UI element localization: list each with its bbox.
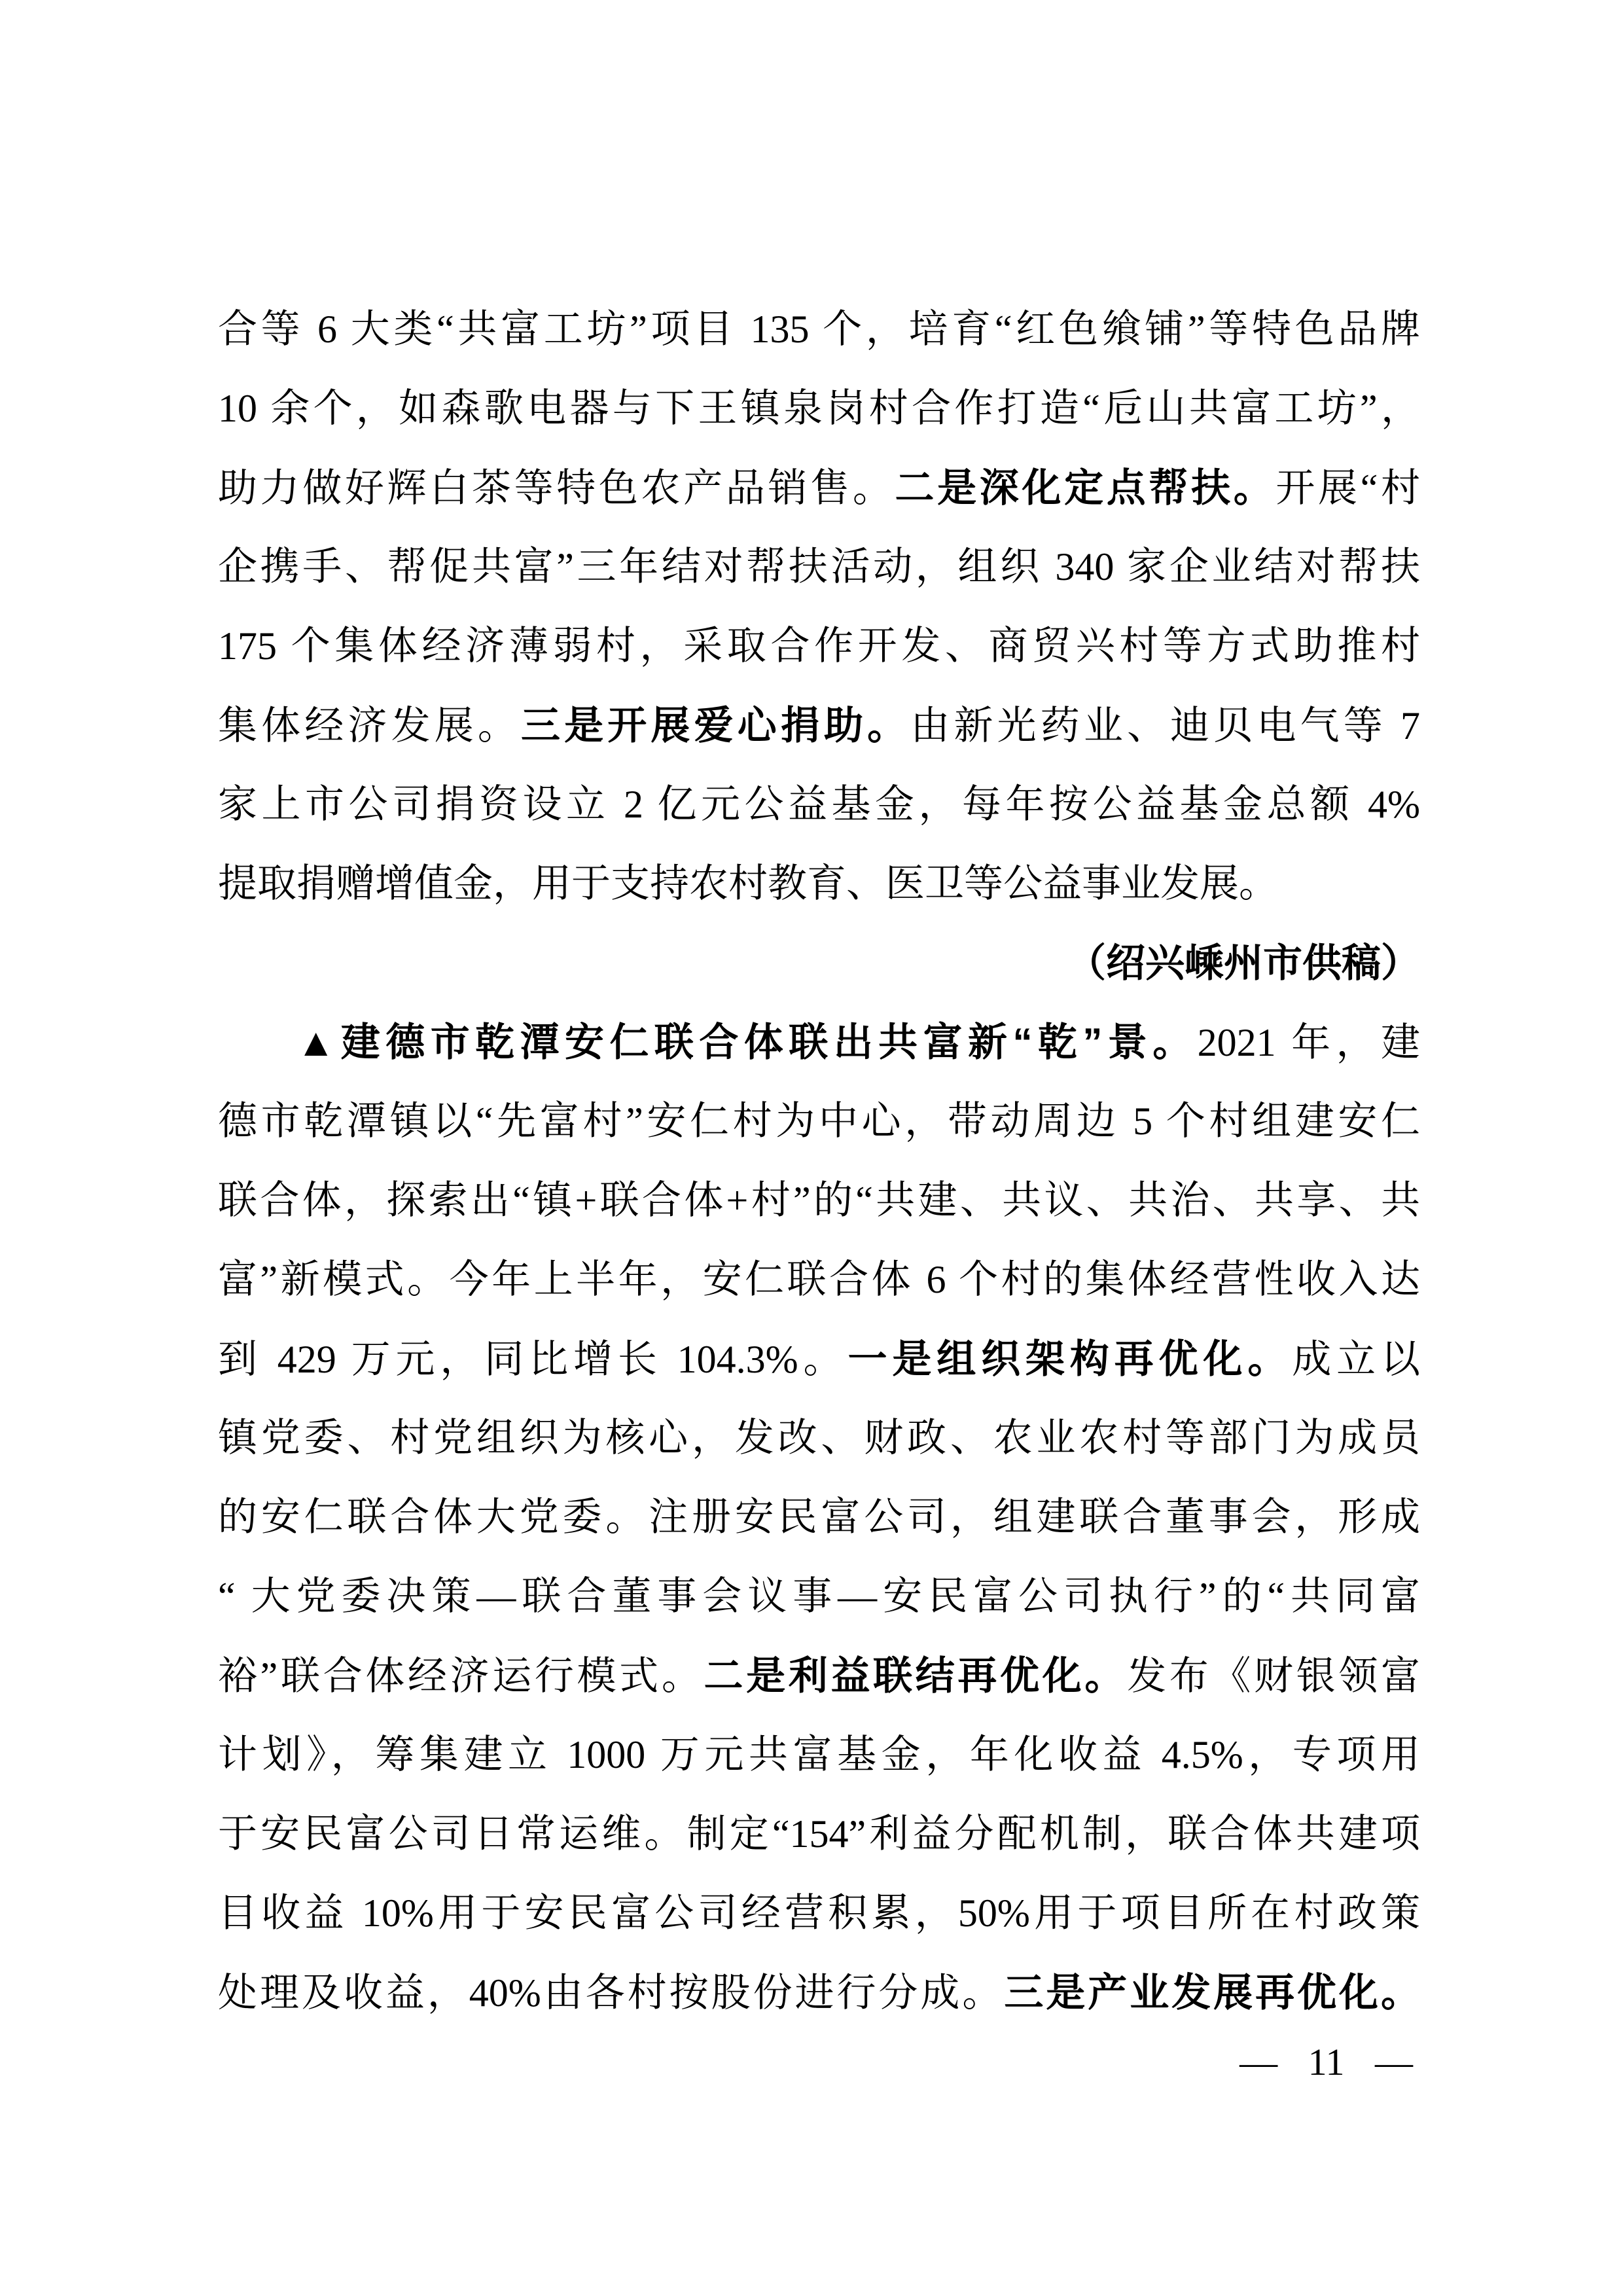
text-line-21: 目收益 10%用于安民富公司经营积累，50%用于项目所在村政策 [218,1874,1420,1953]
text-line-5: 175 个集体经济薄弱村，采取合作开发、商贸兴村等方式助推村 [218,607,1420,686]
text-line-22: 处理及收益，40%由各村按股份进行分成。三是产业发展再优化。 [218,1953,1420,2032]
text-line-2: 10 余个，如森歌电器与下王镇泉岗村合作打造“卮山共富工坊”， [218,369,1420,448]
text-run: 合等 6 大类“共富工坊”项目 135 个，培育“红色飨铺”等特色品牌 [218,308,1420,351]
text-line-16: 的安仁联合体大党委。注册安民富公司，组建联合董事会，形成 [218,1478,1420,1557]
text-line-10: ▲建德市乾潭安仁联合体联出共富新“乾”景。2021 年，建 [218,1003,1420,1082]
document-page: 合等 6 大类“共富工坊”项目 135 个，培育“红色飨铺”等特色品牌10 余个… [0,0,1623,2296]
bold-text-run: （绍兴嵊州市供稿） [1067,941,1420,985]
text-line-7: 家上市公司捐资设立 2 亿元公益基金，每年按公益基金总额 4% [218,765,1420,844]
text-line-4: 企携手、帮促共富”三年结对帮扶活动，组织 340 家企业结对帮扶 [218,528,1420,607]
text-run: 开展“村 [1275,467,1420,510]
text-run: 的安仁联合体大党委。注册安民富公司，组建联合董事会，形成 [218,1496,1420,1539]
text-line-12: 联合体，探索出“镇+联合体+村”的“共建、共议、共治、共享、共 [218,1161,1420,1240]
page-number: — 11 — [1229,2026,1423,2098]
text-run: 企携手、帮促共富”三年结对帮扶活动，组织 340 家企业结对帮扶 [218,545,1420,588]
text-run: 家上市公司捐资设立 2 亿元公益基金，每年按公益基金总额 4% [218,783,1420,826]
text-line-11: 德市乾潭镇以“先富村”安仁村为中心，带动周边 5 个村组建安仁 [218,1082,1420,1161]
text-run: 175 个集体经济薄弱村，采取合作开发、商贸兴村等方式助推村 [218,624,1420,668]
text-run: 发布《财银领富 [1127,1655,1420,1698]
bold-text-run: 二是利益联结再优化。 [704,1654,1128,1698]
bold-text-run: ▲建德市乾潭安仁联合体联出共富新“乾”景。 [296,1020,1198,1064]
text-line-13: 富”新模式。今年上半年，安仁联合体 6 个村的集体经营性收入达 [218,1240,1420,1319]
text-run: 富”新模式。今年上半年，安仁联合体 6 个村的集体经营性收入达 [218,1258,1420,1301]
text-run: 到 429 万元，同比增长 104.3%。 [218,1338,847,1381]
text-run: 于安民富公司日常运维。制定“154”利益分配机制，联合体共建项 [218,1812,1420,1856]
bold-text-run: 一是组织架构再优化。 [847,1337,1292,1381]
text-run: 助力做好辉白茶等特色农产品销售。 [218,467,895,510]
text-run: 镇党委、村党组织为核心，发改、财政、农业农村等部门为成员 [218,1416,1420,1460]
page-number-value: 11 [1308,2041,1345,2083]
body-text: 合等 6 大类“共富工坊”项目 135 个，培育“红色飨铺”等特色品牌10 余个… [218,290,1420,2032]
text-run: 2021 年，建 [1198,1021,1420,1064]
text-line-17: “ 大党委决策—联合董事会议事—安民富公司执行”的“共同富 [218,1557,1420,1636]
text-line-14: 到 429 万元，同比增长 104.3%。一是组织架构再优化。成立以 [218,1319,1420,1399]
text-run: 德市乾潭镇以“先富村”安仁村为中心，带动周边 5 个村组建安仁 [218,1100,1420,1143]
text-run: 裕”联合体经济运行模式。 [218,1655,704,1698]
text-run: 目收益 10%用于安民富公司经营积累，50%用于项目所在村政策 [218,1892,1420,1935]
text-run: 10 余个，如森歌电器与下王镇泉岗村合作打造“卮山共富工坊”， [218,387,1420,430]
text-run: 处理及收益，40%由各村按股份进行分成。 [218,1971,1004,2015]
text-run: 集体经济发展。 [218,704,521,747]
text-line-19: 计划》，筹集建立 1000 万元共富基金，年化收益 4.5%，专项用 [218,1715,1420,1795]
text-line-3: 助力做好辉白茶等特色农产品销售。二是深化定点帮扶。开展“村 [218,448,1420,528]
text-run: 成立以 [1292,1338,1420,1381]
bold-text-run: 三是开展爱心捐助。 [521,704,910,747]
text-run: 计划》，筹集建立 1000 万元共富基金，年化收益 4.5%，专项用 [218,1733,1420,1776]
bold-text-run: 三是产业发展再优化。 [1004,1971,1420,2015]
text-line-20: 于安民富公司日常运维。制定“154”利益分配机制，联合体共建项 [218,1795,1420,1874]
text-run: 由新光药业、迪贝电气等 7 [910,704,1420,747]
text-line-8: 提取捐赠增值金，用于支持农村教育、医卫等公益事业发展。 [218,844,1420,924]
text-line-6: 集体经济发展。三是开展爱心捐助。由新光药业、迪贝电气等 7 [218,686,1420,765]
text-line-1: 合等 6 大类“共富工坊”项目 135 个，培育“红色飨铺”等特色品牌 [218,290,1420,369]
page-number-dash-right: — [1375,2041,1413,2083]
text-line-9: （绍兴嵊州市供稿） [218,924,1420,1003]
bold-text-run: 二是深化定点帮扶。 [895,466,1276,510]
text-run: 提取捐赠增值金，用于支持农村教育、医卫等公益事业发展。 [218,862,1278,905]
text-run: “ 大党委决策—联合董事会议事—安民富公司执行”的“共同富 [218,1575,1420,1618]
page-number-dash-left: — [1240,2041,1277,2083]
text-line-18: 裕”联合体经济运行模式。二是利益联结再优化。发布《财银领富 [218,1636,1420,1715]
text-line-15: 镇党委、村党组织为核心，发改、财政、农业农村等部门为成员 [218,1399,1420,1478]
text-run: 联合体，探索出“镇+联合体+村”的“共建、共议、共治、共享、共 [218,1179,1420,1222]
